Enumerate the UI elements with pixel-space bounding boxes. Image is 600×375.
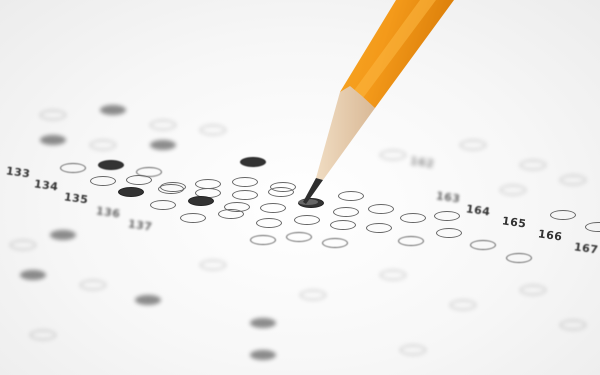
answer-bubble (286, 232, 312, 242)
answer-bubble (400, 345, 426, 355)
question-number: 165 (501, 214, 527, 230)
question-number: 134 (33, 177, 59, 193)
answer-bubble (322, 238, 348, 248)
answer-bubble (10, 240, 36, 250)
answer-bubble (218, 209, 244, 219)
answer-bubble (470, 240, 496, 250)
answer-bubble (90, 176, 116, 186)
answer-bubble-filled (40, 135, 66, 145)
answer-bubble (126, 175, 152, 185)
answer-bubble (436, 228, 462, 238)
answer-bubble (232, 190, 258, 200)
answer-bubble-filled (250, 318, 276, 328)
answer-bubble (506, 253, 532, 263)
answer-bubble (338, 191, 364, 201)
answer-bubble (180, 213, 206, 223)
answer-bubble (380, 270, 406, 280)
answer-bubble-filled (20, 270, 46, 280)
answer-bubble (434, 211, 460, 221)
answer-bubble (260, 203, 286, 213)
answer-bubble (560, 320, 586, 330)
answer-bubble (158, 184, 184, 194)
answer-bubble (150, 120, 176, 130)
answer-bubble-filled (118, 187, 144, 197)
answer-bubble (300, 290, 326, 300)
answer-bubble (250, 235, 276, 245)
photo-scene: 133 134 135 136 137 162 163 164 165 166 … (0, 0, 600, 375)
answer-bubble (398, 236, 424, 246)
question-number: 163 (435, 189, 461, 205)
answer-bubble (520, 160, 546, 170)
answer-bubble-filled (298, 198, 324, 208)
question-number: 135 (63, 190, 89, 206)
answer-bubble (256, 218, 282, 228)
answer-bubble (150, 200, 176, 210)
answer-bubble (400, 213, 426, 223)
answer-bubble (500, 185, 526, 195)
answer-bubble (200, 125, 226, 135)
question-number: 133 (5, 164, 31, 180)
answer-bubble (450, 300, 476, 310)
answer-bubble (380, 150, 406, 160)
answer-bubble (90, 140, 116, 150)
answer-bubble (366, 223, 392, 233)
question-number: 136 (95, 204, 121, 220)
question-number: 162 (409, 154, 435, 170)
answer-bubble-filled (188, 196, 214, 206)
answer-bubble-filled (98, 160, 124, 170)
question-number: 164 (465, 202, 491, 218)
answer-bubble (200, 260, 226, 270)
answer-bubble (30, 330, 56, 340)
answer-bubble-filled (250, 350, 276, 360)
answer-bubble-filled (50, 230, 76, 240)
answer-bubble (460, 140, 486, 150)
answer-bubble (268, 187, 294, 197)
answer-bubble (333, 207, 359, 217)
answer-bubble (550, 210, 576, 220)
answer-bubble (60, 163, 86, 173)
answer-bubble (520, 285, 546, 295)
answer-bubble-filled (135, 295, 161, 305)
question-number: 137 (127, 217, 153, 233)
answer-sheet: 133 134 135 136 137 162 163 164 165 166 … (0, 0, 600, 375)
question-number: 167 (573, 240, 599, 256)
answer-bubble-filled (240, 157, 266, 167)
answer-bubble-filled (150, 140, 176, 150)
answer-bubble-filled (100, 105, 126, 115)
answer-bubble (80, 280, 106, 290)
question-number: 166 (537, 227, 563, 243)
answer-bubble (40, 110, 66, 120)
answer-bubble (585, 222, 600, 232)
answer-bubble (232, 177, 258, 187)
answer-bubble (560, 175, 586, 185)
answer-bubble (330, 220, 356, 230)
answer-bubble (368, 204, 394, 214)
answer-bubble (294, 215, 320, 225)
